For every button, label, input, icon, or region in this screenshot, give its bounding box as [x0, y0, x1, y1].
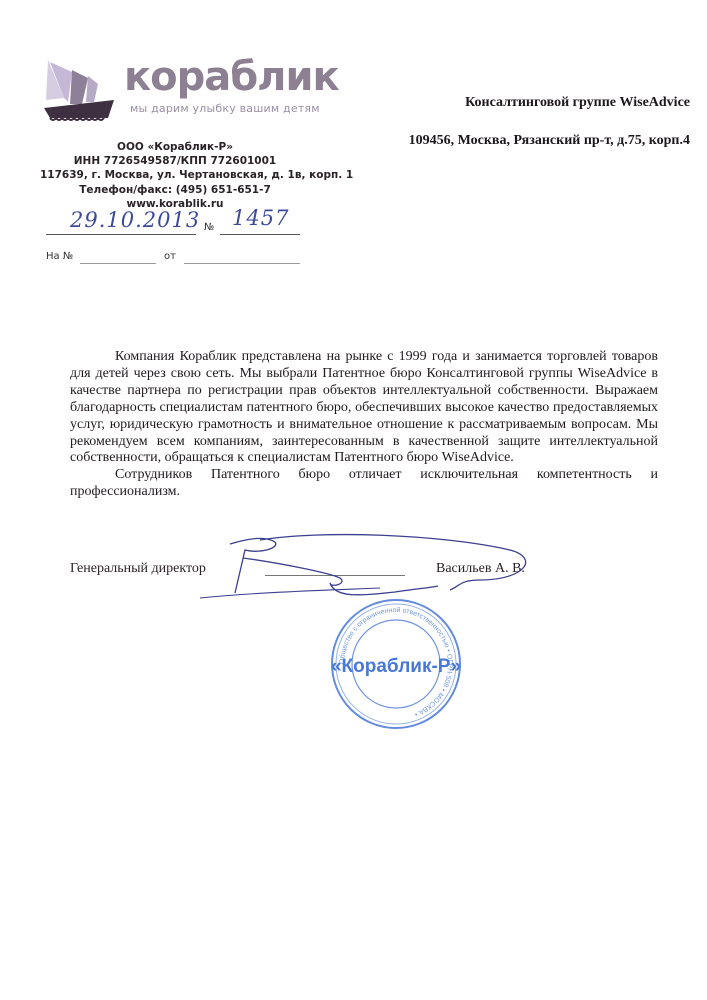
addressee-name: Консалтинговой группе WiseAdvice	[360, 84, 690, 122]
stamp-center-text: «Кораблик-Р»	[331, 656, 461, 677]
reference-row: На № от	[46, 251, 300, 267]
company-tax-ids: ИНН 7726549587/КПП 772601001	[40, 154, 310, 168]
letter-body: Компания Кораблик представлена на рынке …	[70, 349, 658, 501]
body-paragraph-1: Компания Кораблик представлена на рынке …	[70, 349, 658, 467]
company-name: ООО «Кораблик-Р»	[40, 140, 310, 154]
company-logo: кораблик мы дарим улыбку вашим детям	[42, 58, 322, 128]
outgoing-date-number-row: 29.10.2013 № 1457	[46, 210, 298, 236]
outgoing-date: 29.10.2013	[70, 208, 200, 232]
company-details: ООО «Кораблик-Р» ИНН 7726549587/КПП 7726…	[40, 140, 310, 211]
number-label: №	[204, 222, 214, 233]
reference-number-line	[80, 263, 156, 264]
sailboat-icon	[42, 58, 122, 124]
reference-number-label: На №	[46, 251, 73, 262]
outgoing-number: 1457	[232, 206, 289, 230]
handwritten-signature	[180, 528, 540, 608]
company-address: 117639, г. Москва, ул. Чертановская, д. …	[40, 168, 310, 182]
body-paragraph-2: Сотрудников Патентного бюро отличает иск…	[70, 467, 658, 501]
logo-wordmark: кораблик	[124, 54, 339, 100]
reference-date-line	[184, 263, 300, 264]
addressee-block: Консалтинговой группе WiseAdvice 109456,…	[360, 84, 690, 160]
company-phone: Телефон/факс: (495) 651-651-7	[40, 183, 310, 197]
date-underline	[46, 234, 196, 235]
logo-tagline: мы дарим улыбку вашим детям	[130, 102, 320, 115]
addressee-address: 109456, Москва, Рязанский пр-т, д.75, ко…	[360, 122, 690, 160]
reference-from-label: от	[164, 251, 176, 262]
number-underline	[220, 234, 300, 235]
company-stamp: Общество с ограниченной ответственностью…	[330, 598, 462, 730]
